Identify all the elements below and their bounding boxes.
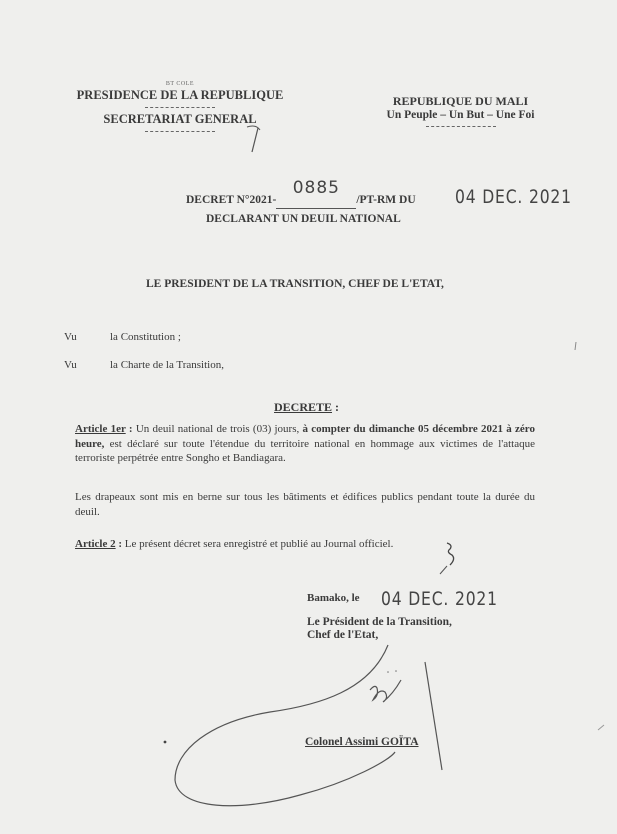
signatory-title-line2: Chef de l'Etat,: [307, 629, 452, 642]
decree-prefix: DECRET N°2021-: [186, 194, 276, 206]
article-1: Article 1er : Un deuil national de trois…: [75, 422, 535, 466]
decrete-word: DECRETE: [274, 400, 332, 414]
presidence-title: PRESIDENCE DE LA REPUBLIQUE: [70, 88, 290, 103]
article-1-label: Article 1er: [75, 423, 126, 435]
secretariat-title: SECRETARIAT GENERAL: [70, 112, 290, 127]
visa-label: Vu: [64, 359, 110, 371]
visa-label: Vu: [64, 331, 110, 343]
decree-date-stamp: 04 DEC. 2021: [455, 186, 572, 208]
authority-heading: LE PRESIDENT DE LA TRANSITION, CHEF DE L…: [146, 278, 444, 290]
article-2-text: Le présent décret sera enregistré et pub…: [125, 538, 394, 550]
signatory-title-line1: Le Président de la Transition,: [307, 616, 452, 629]
decrete-heading: DECRETE :: [274, 400, 339, 415]
header-right: REPUBLIQUE DU MALI Un Peuple – Un But – …: [358, 94, 563, 131]
visa-item: Vula Charte de la Transition,: [64, 359, 224, 371]
decrete-colon: :: [332, 400, 339, 414]
visa-item: Vula Constitution ;: [64, 331, 181, 343]
header-left: BT COLE PRESIDENCE DE LA REPUBLIQUE SECR…: [70, 80, 290, 136]
article-2: Article 2 : Le présent décret sera enreg…: [75, 537, 535, 552]
divider: [426, 126, 496, 127]
decree-suffix: /PT-RM DU: [356, 194, 415, 206]
document-page: BT COLE PRESIDENCE DE LA REPUBLIQUE SECR…: [0, 0, 617, 834]
signer-name: Colonel Assimi GOÏTA: [305, 736, 419, 748]
article-1-text-cont: est déclaré sur toute l'étendue du terri…: [75, 438, 535, 465]
signatory-title: Le Président de la Transition, Chef de l…: [307, 616, 452, 642]
republic-title: REPUBLIQUE DU MALI: [358, 94, 563, 108]
closing-place: Bamako, le: [307, 592, 360, 604]
national-motto: Un Peuple – Un But – Une Foi: [358, 108, 563, 122]
divider: [145, 131, 215, 132]
visa-text: la Charte de la Transition,: [110, 359, 224, 371]
article-sep: :: [126, 423, 136, 435]
decree-subtitle: DECLARANT UN DEUIL NATIONAL: [206, 213, 401, 225]
article-1-text: Un deuil national de trois (03) jours,: [136, 423, 303, 435]
decree-number-line: DECRET N°2021-0885/PT-RM DU: [186, 188, 416, 209]
visa-text: la Constitution ;: [110, 331, 181, 343]
article-2-label: Article 2: [75, 538, 116, 550]
flags-paragraph: Les drapeaux sont mis en berne sur tous …: [75, 490, 535, 519]
decree-number-field: 0885: [276, 188, 356, 209]
article-sep: :: [116, 538, 125, 550]
decree-number: 0885: [293, 178, 340, 198]
header-left-annotation: BT COLE: [70, 80, 290, 88]
closing-date-stamp: 04 DEC. 2021: [381, 588, 498, 610]
divider: [145, 107, 215, 108]
